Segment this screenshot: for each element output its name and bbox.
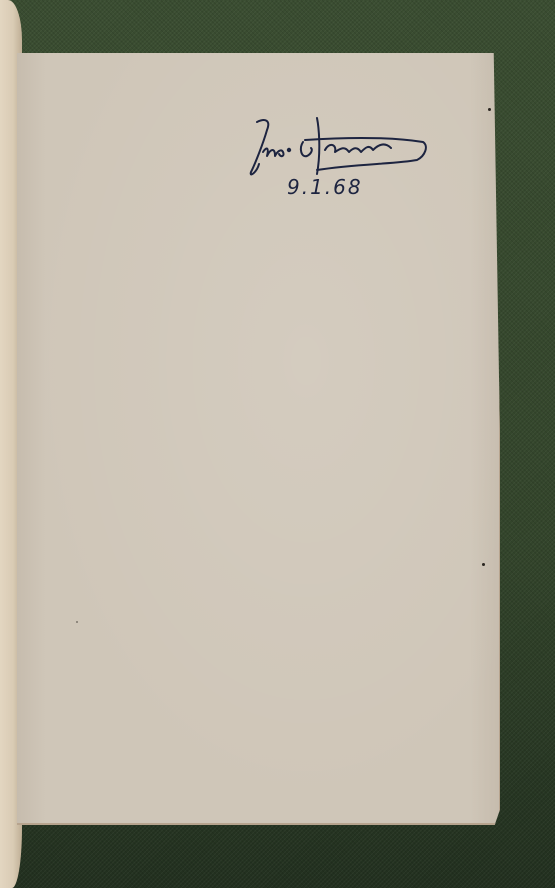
inscription-date: 9.1.68 [287,175,363,199]
page-speck [76,621,78,623]
page-speck [482,563,485,566]
handwritten-signature [245,112,435,182]
page-speck [488,108,491,111]
